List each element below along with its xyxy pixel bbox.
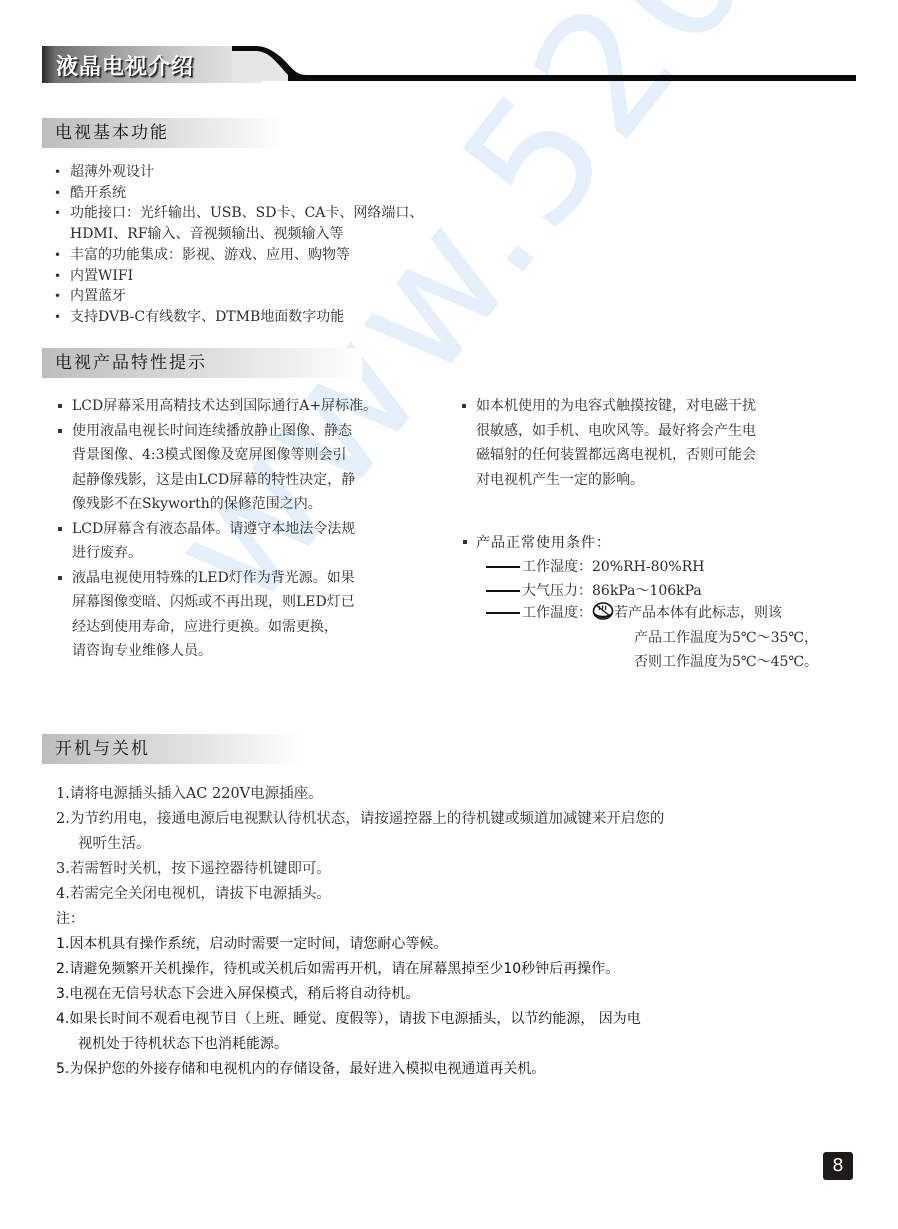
note-label: 注： (56, 907, 856, 932)
condition-value: 20%RH-80%RH (592, 559, 704, 575)
list-item-line: HDMI、RF输入、音视频输出、视频输入等 (70, 224, 492, 245)
note-item: 4.如果长时间不观看电视节目（上班、睡觉、度假等），请拔下电源插头，以节约能源，… (56, 1007, 856, 1032)
list-item-line: 磁辐射的任何装置都远离电视机，否则可能会 (476, 443, 859, 468)
list-item: 内置蓝牙 (52, 286, 492, 307)
usage-conditions-title: 产品正常使用条件： (462, 532, 611, 552)
list-item-line: LCD屏幕含有液态晶体。请遵守本地法令法规 (72, 517, 435, 542)
basic-functions-list: 超薄外观设计 酷开系统 功能接口：光纤输出、USB、SD卡、CA卡、网络端口、 … (52, 162, 492, 328)
list-item: LCD屏幕含有液态晶体。请遵守本地法令法规 进行废弃。 (55, 517, 435, 566)
list-item: 如本机使用的为电容式触摸按键，对电磁干扰 很敏感，如手机、电吹风等。最好将会产生… (459, 394, 859, 492)
condition-label: 工作温度： (522, 605, 592, 621)
list-item-line: 请咨询专业维修人员。 (72, 639, 435, 664)
condition-value: 86kPa～106kPa (592, 583, 702, 599)
product-tips-right-list: 如本机使用的为电容式触摸按键，对电磁干扰 很敏感，如手机、电吹风等。最好将会产生… (459, 394, 859, 492)
product-tips-left-list: LCD屏幕采用高精技术达到国际通行A+屏标准。 使用液晶电视长时间连续播放静止图… (55, 394, 435, 664)
power-steps-list: 1.请将电源插头插入AC 220V电源插座。 2.为节约用电，接通电源后电视默认… (56, 782, 856, 1082)
note-item: 5.为保护您的外接存储和电视机内的存储设备，最好进入模拟电视通道再关机。 (56, 1057, 856, 1082)
list-item-line: 功能接口：光纤输出、USB、SD卡、CA卡、网络端口、 (70, 203, 492, 224)
list-item-line: 背景图像、4:3模式图像及宽屏图像等则会引 (72, 443, 435, 468)
section-title-basic-functions: 电视基本功能 (42, 118, 282, 148)
list-item: 内置WIFI (52, 266, 492, 287)
list-item: 超薄外观设计 (52, 162, 492, 183)
condition-pressure: 大气压力：86kPa～106kPa (486, 580, 702, 600)
dash-rule (486, 612, 520, 614)
list-item: 4.若需完全关闭电视机，请拔下电源插头。 (56, 882, 856, 907)
temperature-symbol-icon (592, 602, 614, 620)
dash-rule (486, 590, 520, 592)
condition-label: 工作湿度： (522, 559, 592, 575)
list-item: 使用液晶电视长时间连续播放静止图像、静态 背景图像、4:3模式图像及宽屏图像等则… (55, 419, 435, 517)
list-item: 3.若需暂时关机，按下遥控器待机键即可。 (56, 857, 856, 882)
list-item-line: 屏幕图像变暗、闪烁或不再出现，则LED灯已 (72, 590, 435, 615)
page-header: 液晶电视介绍 (42, 46, 856, 83)
list-item-line: 如本机使用的为电容式触摸按键，对电磁干扰 (476, 394, 859, 419)
condition-label: 大气压力： (522, 583, 592, 599)
note-item: 2.请避免频繁开关机操作，待机或关机后如需再开机，请在屏幕黑掉至少10秒钟后再操… (56, 957, 856, 982)
list-item: 丰富的功能集成：影视、游戏、应用、购物等 (52, 245, 492, 266)
condition-temperature-line3: 否则工作温度为5℃～45℃。 (634, 651, 818, 671)
condition-value: 若产品本体有此标志，则该 (614, 605, 782, 621)
list-item-line: 起静像残影，这是由LCD屏幕的特性决定，静 (72, 468, 435, 493)
note-item: 3.电视在无信号状态下会进入屏保模式，稍后将自动待机。 (56, 982, 856, 1007)
list-item-line: 液晶电视使用特殊的LED灯作为背光源。如果 (72, 566, 435, 591)
section-title-product-tips: 电视产品特性提示 (42, 348, 362, 378)
list-item-line: 进行废弃。 (72, 541, 435, 566)
page-number-badge: 8 (823, 1152, 853, 1180)
condition-temperature-line2: 产品工作温度为5℃～35℃， (634, 627, 818, 647)
manual-page: 液晶电视介绍 电视基本功能 超薄外观设计 酷开系统 功能接口：光纤输出、USB、… (0, 0, 898, 1229)
note-item-continuation: 视机处于待机状态下也消耗能源。 (56, 1032, 856, 1057)
list-item-line: LCD屏幕采用高精技术达到国际通行A+屏标准。 (72, 394, 435, 419)
list-item: 功能接口：光纤输出、USB、SD卡、CA卡、网络端口、 HDMI、RF输入、音视… (52, 203, 492, 244)
list-item-line: 对电视机产生一定的影响。 (476, 468, 859, 493)
page-title: 液晶电视介绍 (56, 50, 194, 81)
condition-temperature: 工作温度： 若产品本体有此标志，则该 (486, 602, 782, 622)
list-item: 1.请将电源插头插入AC 220V电源插座。 (56, 782, 856, 807)
section-title-power-on-off: 开机与关机 (42, 734, 302, 764)
list-item: 液晶电视使用特殊的LED灯作为背光源。如果 屏幕图像变暗、闪烁或不再出现，则LE… (55, 566, 435, 664)
condition-humidity: 工作湿度：20%RH-80%RH (486, 556, 704, 576)
note-item: 1.因本机具有操作系统，启动时需要一定时间，请您耐心等候。 (56, 932, 856, 957)
list-item: 支持DVB-C有线数字、DTMB地面数字功能 (52, 307, 492, 328)
list-item: 酷开系统 (52, 183, 492, 204)
list-item-line: 很敏感，如手机、电吹风等。最好将会产生电 (476, 419, 859, 444)
list-item: LCD屏幕采用高精技术达到国际通行A+屏标准。 (55, 394, 435, 419)
list-item: 2.为节约用电，接通电源后电视默认待机状态，请按遥控器上的待机键或频道加减键来开… (56, 807, 856, 832)
list-item-line: 像残影不在Skyworth的保修范围之内。 (72, 492, 435, 517)
list-item-continuation: 视听生活。 (56, 832, 856, 857)
list-item-line: 经达到使用寿命，应进行更换。如需更换， (72, 615, 435, 640)
dash-rule (486, 566, 520, 568)
list-item-line: 使用液晶电视长时间连续播放静止图像、静态 (72, 419, 435, 444)
header-rule (288, 75, 856, 81)
